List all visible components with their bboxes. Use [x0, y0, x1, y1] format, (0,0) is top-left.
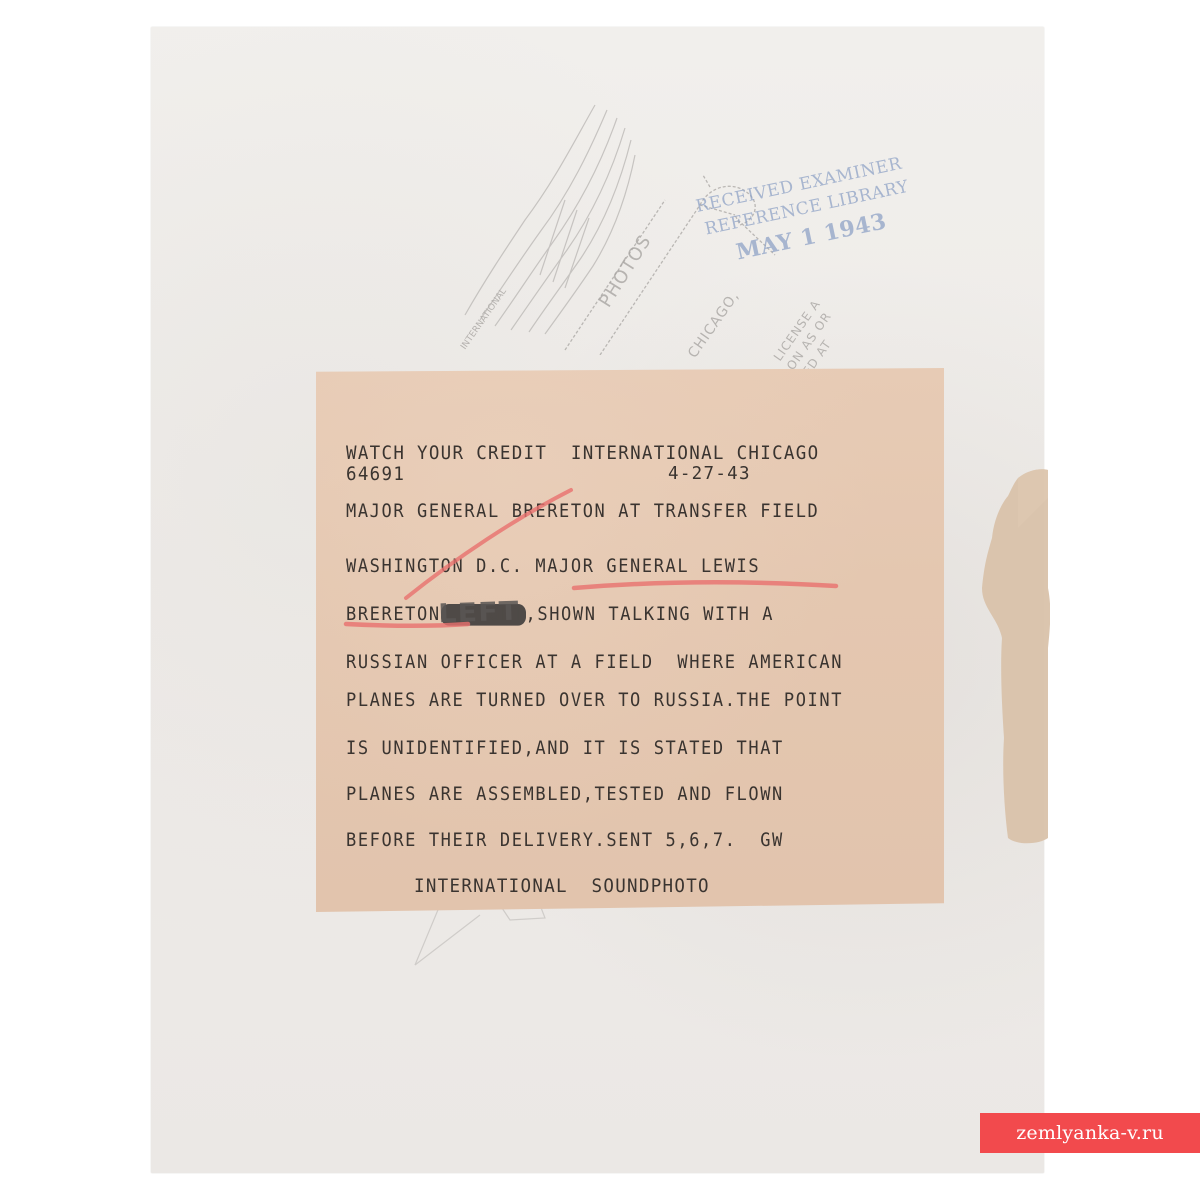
caption-header: WATCH YOUR CREDIT INTERNATIONAL CHICAGO — [346, 443, 819, 465]
caption-line: IS UNIDENTIFIED,AND IT IS STATED THAT — [346, 738, 784, 760]
credit-notice: WATCH YOUR CREDIT — [346, 443, 547, 465]
torn-paper-remnant — [978, 468, 1050, 846]
caption-line: WASHINGTON D.C. MAJOR GENERAL LEWIS — [346, 556, 760, 578]
site-watermark: zemlyanka-v.ru — [980, 1113, 1200, 1153]
caption-line: PLANES ARE TURNED OVER TO RUSSIA.THE POI… — [346, 690, 843, 712]
handwritten-correction: LEFT — [438, 597, 520, 630]
caption-date: 4-27-43 — [668, 464, 751, 484]
caption-line-with-correction: BRERETON, RIGHT,SHOWN TALKING WITH A — [346, 604, 774, 626]
caption-segment: BRERETON — [346, 604, 441, 626]
caption-line: RUSSIAN OFFICER AT A FIELD WHERE AMERICA… — [346, 652, 843, 674]
caption-line: BEFORE THEIR DELIVERY.SENT 5,6,7. GW — [346, 830, 784, 852]
caption-footer: INTERNATIONAL SOUNDPHOTO — [414, 876, 710, 898]
photo-number: 64691 — [346, 464, 405, 486]
caption-clipping: WATCH YOUR CREDIT INTERNATIONAL CHICAGO … — [316, 368, 944, 912]
caption-line: PLANES ARE ASSEMBLED,TESTED AND FLOWN — [346, 784, 784, 806]
caption-line: MAJOR GENERAL BRERETON AT TRANSFER FIELD — [346, 501, 819, 523]
photo-back-view: INTERNATIONAL RECEIVED EXAMINER REFERENC… — [0, 0, 1200, 1200]
caption-segment: ,SHOWN TALKING WITH A — [526, 604, 775, 626]
agency-name: INTERNATIONAL CHICAGO — [571, 443, 820, 465]
